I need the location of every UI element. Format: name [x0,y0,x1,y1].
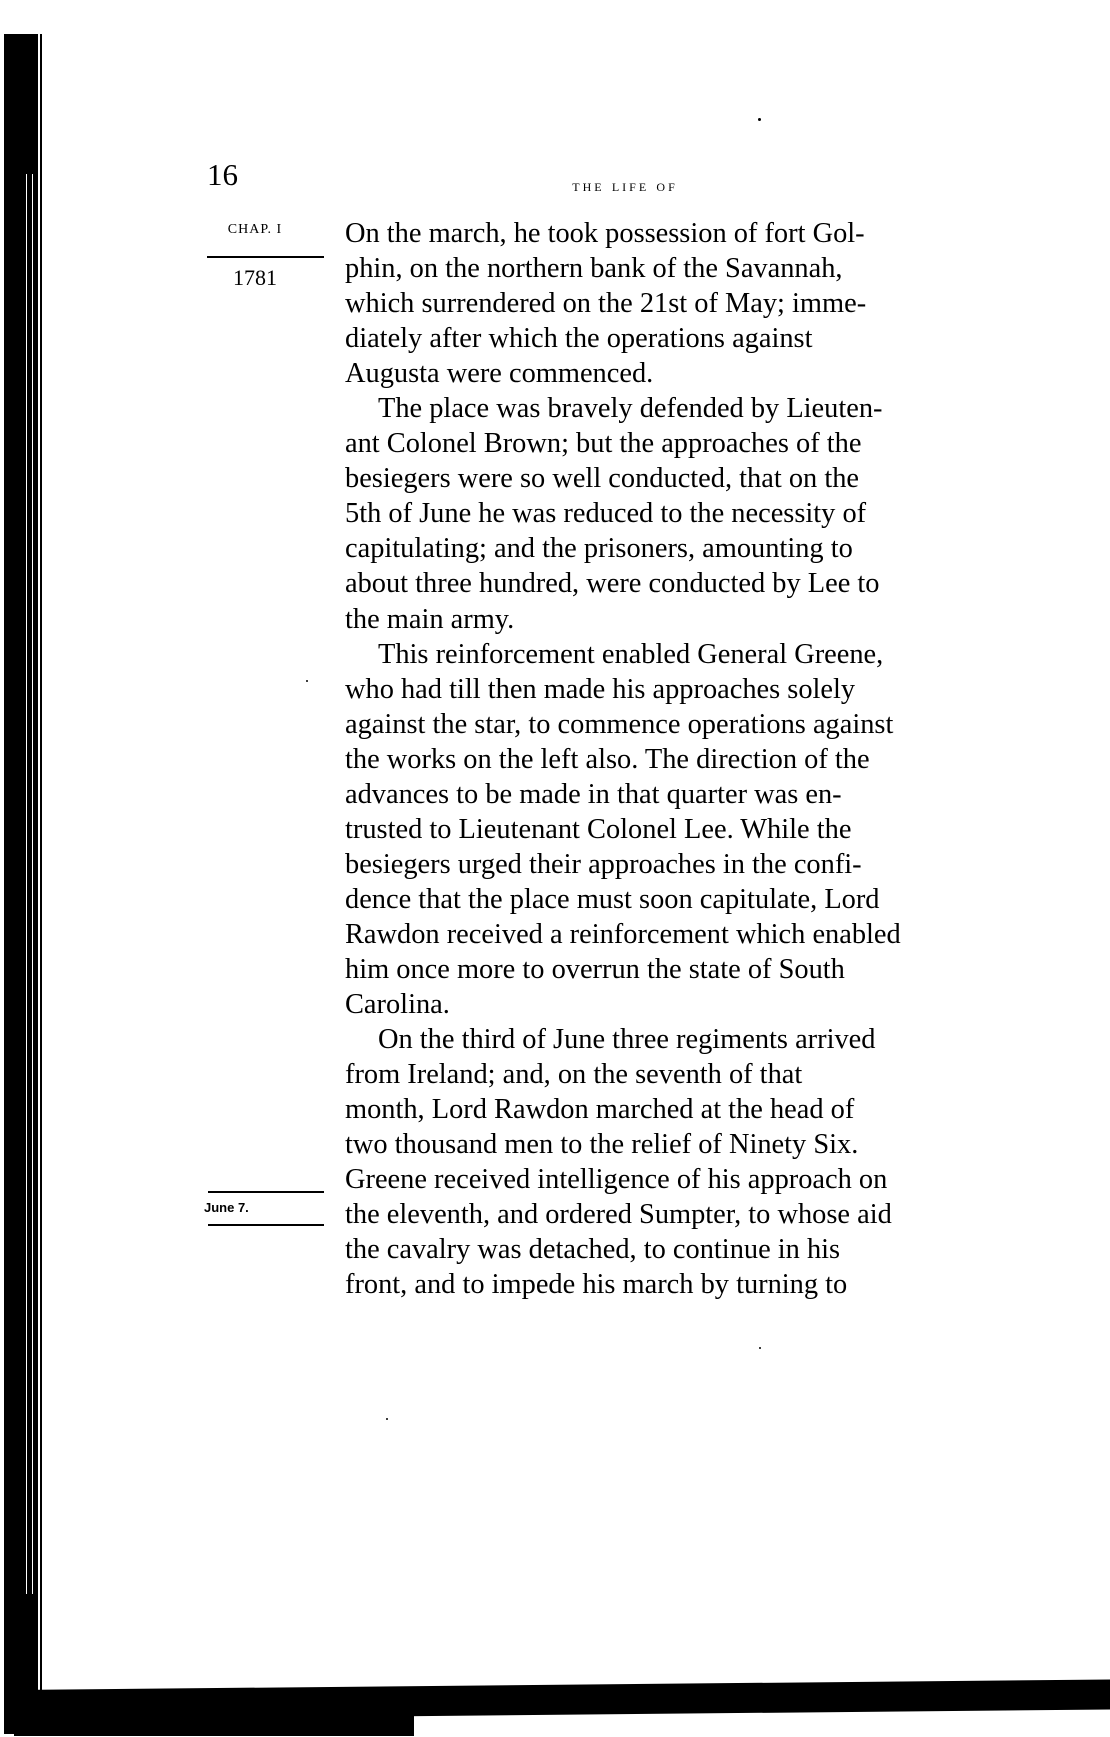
running-head-text: THE LIFE OF [572,176,678,195]
text-line: advances to be made in that quarter was … [345,777,993,812]
text-line: phin, on the northern bank of the Savann… [345,251,993,286]
text-line: which surrendered on the 21st of May; im… [345,286,993,321]
sidenote-year: 1781 [200,265,310,291]
text-line: On the third of June three regiments arr… [345,1022,993,1057]
text-line: Rawdon received a reinforcement which en… [345,917,993,952]
text-line: ant Colonel Brown; but the approaches of… [345,426,993,461]
text-line: diately after which the operations again… [345,321,993,356]
spine-stripe [32,174,33,1594]
sidenote-chapter: CHAP. I [200,222,310,238]
text-line: Carolina. [345,987,993,1022]
scan-speck [386,1418,388,1420]
text-line: about three hundred, were conducted by L… [345,566,993,601]
scan-speck [306,680,308,682]
sidenote-rule [208,1191,324,1193]
text-line: capitulating; and the prisoners, amounti… [345,531,993,566]
sidenote-rule [207,256,324,258]
text-line: two thousand men to the relief of Ninety… [345,1127,993,1162]
paragraph: This reinforcement enabled General Green… [345,637,993,1023]
text-line: who had till then made his approaches so… [345,672,993,707]
text-line: Augusta were commenced. [345,356,993,391]
paragraph: On the third of June three regiments arr… [345,1022,993,1302]
text-line: 5th of June he was reduced to the necess… [345,496,993,531]
paragraph: On the march, he took possession of fort… [345,216,993,391]
text-line: the works on the left also. The directio… [345,742,993,777]
text-line: him once more to overrun the state of So… [345,952,993,987]
sidenote-rule [208,1224,324,1226]
text-line: against the star, to commence operations… [345,707,993,742]
text-line: month, Lord Rawdon marched at the head o… [345,1092,993,1127]
text-line: trusted to Lieutenant Colonel Lee. While… [345,812,993,847]
text-line: besiegers were so well conducted, that o… [345,461,993,496]
spine-stripe [26,174,27,1594]
paragraph: The place was bravely defended by Lieute… [345,391,993,636]
book-spine-shadow [4,34,38,1734]
sidenote-date: June 7. [204,1200,304,1215]
text-line: besiegers urged their approaches in the … [345,847,993,882]
text-line: from Ireland; and, on the seventh of tha… [345,1057,993,1092]
text-line: the eleventh, and ordered Sumpter, to wh… [345,1197,993,1232]
text-line: This reinforcement enabled General Green… [345,637,993,672]
text-line: front, and to impede his march by turnin… [345,1267,993,1302]
text-line: the cavalry was detached, to continue in… [345,1232,993,1267]
text-line: The place was bravely defended by Lieute… [345,391,993,426]
page-number: 16 [207,158,238,192]
text-line: dence that the place must soon capitulat… [345,882,993,917]
scan-speck [759,1347,761,1349]
running-head: THE LIFE OF [300,176,950,196]
text-line: Greene received intelligence of his appr… [345,1162,993,1197]
text-line: On the march, he took possession of fort… [345,216,993,251]
bottom-scan-border-thick [14,1700,414,1736]
scan-speck [758,118,761,121]
text-line: the main army. [345,602,993,637]
spine-edge-line [40,34,42,1724]
body-text: On the march, he took possession of fort… [345,216,993,1302]
